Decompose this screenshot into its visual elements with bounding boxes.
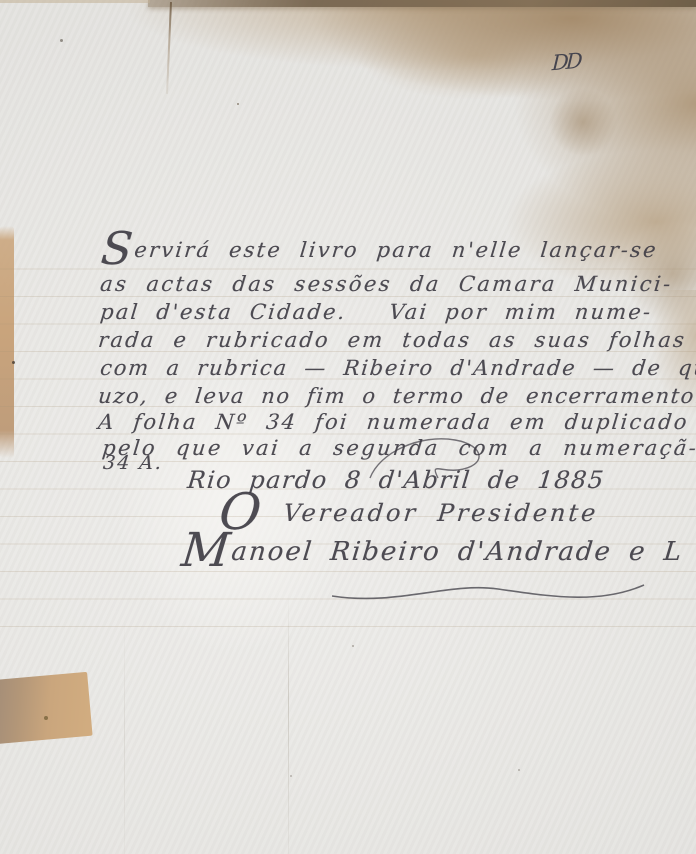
role-line: O Vereador Presidente	[218, 499, 600, 527]
manuscript-line: pal d'esta Cidade.	[99, 300, 348, 324]
ink-speck	[60, 39, 63, 42]
corner-inscription: DD	[551, 49, 580, 76]
ink-speck	[518, 769, 520, 771]
manuscript-line: Servirá este livro para n'elle lançar-se	[100, 238, 659, 262]
manuscript-line: com a rubrica — Ribeiro d'Andrade — de q…	[99, 356, 696, 380]
manuscript-line: A folha Nº 34 foi numerada em duplicado	[97, 410, 690, 434]
manuscript-line: 34 A.	[102, 452, 164, 474]
paper-crease	[124, 616, 125, 854]
tape-patch-bottom-left	[0, 672, 93, 744]
top-edge-dark-band	[148, 0, 696, 7]
ink-speck	[352, 645, 354, 647]
manuscript-line: pelo que vai a segunda com a numeraçã-	[101, 436, 696, 460]
manuscript-line: as actas das sessões da Camara Munici-	[99, 272, 674, 296]
document-scan: DD Servirá este livro para n'elle lançar…	[0, 0, 696, 854]
manuscript-line: rada e rubricado em todas as suas folhas	[97, 328, 687, 352]
top-edge-light-band	[0, 0, 150, 3]
ink-speck	[44, 716, 48, 720]
ink-speck	[237, 103, 239, 105]
ink-speck	[290, 775, 292, 777]
signature-line: Manoel Ribeiro d'Andrade e L	[180, 537, 685, 567]
manuscript-line: uzo, e leva no fim o termo de encerramen…	[97, 384, 696, 408]
manuscript-line: Vai por mim nume-	[388, 300, 654, 324]
